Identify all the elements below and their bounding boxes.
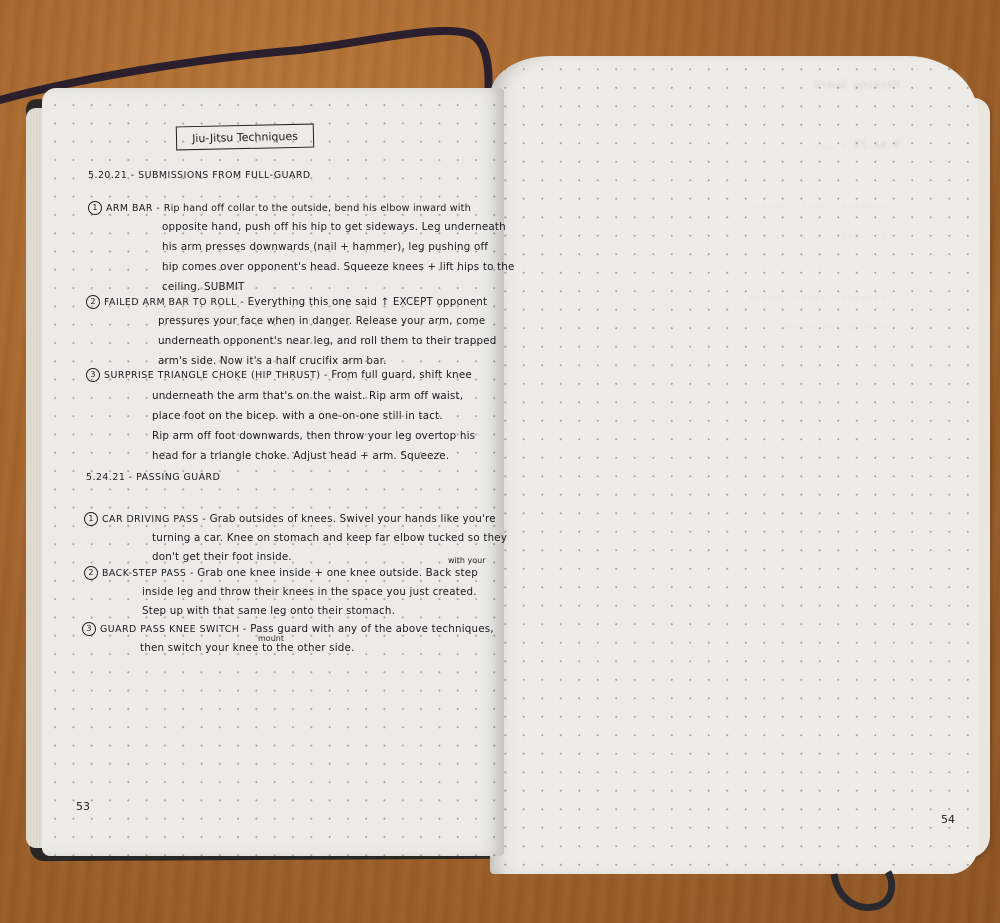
note-line: Grab one knee inside + one knee outside.… bbox=[197, 567, 478, 579]
note-line: turning a car. Knee on stomach and keep … bbox=[152, 532, 507, 544]
note-line: underneath opponent's near leg, and roll… bbox=[158, 335, 496, 347]
note-line: Grab outsides of knees. Swivel your hand… bbox=[210, 513, 496, 525]
technique-name: BACK-STEP PASS - bbox=[102, 568, 194, 579]
note-line: Pass guard with any of the above techniq… bbox=[250, 623, 494, 635]
bookmark-ribbon-loop bbox=[828, 870, 900, 914]
note-line: place foot on the bicep. with a one-on-o… bbox=[152, 410, 443, 422]
list-item: 1ARM BAR - Rip hand off collar to the ou… bbox=[88, 201, 471, 215]
technique-name: ARM BAR - bbox=[106, 203, 160, 214]
note-line: opposite hand, push off his hip to get s… bbox=[162, 221, 506, 233]
number-circle: 3 bbox=[82, 622, 96, 636]
note-line: hip comes over opponent's head. Squeeze … bbox=[162, 261, 515, 273]
section-heading: 5.24.21 - PASSING GUARD bbox=[86, 472, 220, 483]
note-line: inside leg and throw their knees in the … bbox=[142, 586, 477, 598]
note-line: Everything this one said ↑ EXCEPT oppone… bbox=[248, 296, 488, 308]
list-item: 2BACK-STEP PASS - Grab one knee inside +… bbox=[84, 566, 478, 580]
page-number-left: 53 bbox=[76, 800, 90, 813]
note-line: his arm presses downwards (nail + hammer… bbox=[162, 241, 488, 253]
note-line: Rip hand off collar to the outside, bend… bbox=[164, 203, 471, 214]
list-item: 1CAR DRIVING PASS - Grab outsides of kne… bbox=[84, 512, 496, 526]
list-item: 2FAILED ARM BAR TO ROLL - Everything thi… bbox=[86, 295, 487, 309]
number-circle: 1 bbox=[88, 201, 102, 215]
technique-name: GUARD PASS KNEE SWITCH - bbox=[100, 624, 247, 635]
technique-name: SURPRISE TRIANGLE CHOKE (HIP THRUST) - bbox=[104, 370, 328, 381]
note-line: From full guard, shift knee bbox=[331, 369, 472, 381]
insertion-note: with your bbox=[448, 556, 486, 565]
technique-name: FAILED ARM BAR TO ROLL - bbox=[104, 297, 244, 308]
note-line: Step up with that same leg onto their st… bbox=[142, 605, 395, 617]
number-circle: 2 bbox=[84, 566, 98, 580]
note-line: ceiling. SUBMIT bbox=[162, 281, 245, 293]
note-line: don't get their foot inside. bbox=[152, 551, 292, 563]
note-line: Rip arm off foot downwards, then throw y… bbox=[152, 430, 475, 442]
note-line: arm's side. Now it's a half crucifix arm… bbox=[158, 355, 387, 367]
technique-name: CAR DRIVING PASS - bbox=[102, 514, 206, 525]
number-circle: 2 bbox=[86, 295, 100, 309]
number-circle: 1 bbox=[84, 512, 98, 526]
note-line: pressures your face when in danger. Rele… bbox=[158, 315, 485, 327]
page-title: Jiu-Jitsu Techniques bbox=[176, 124, 314, 151]
bleed-through-text: Passing Guard 5.xx.21 - ... ....... ....… bbox=[560, 70, 900, 530]
page-number-right: 54 bbox=[941, 813, 955, 826]
list-item: 3SURPRISE TRIANGLE CHOKE (HIP THRUST) - … bbox=[86, 368, 472, 382]
number-circle: 3 bbox=[86, 368, 100, 382]
list-item: 3GUARD PASS KNEE SWITCH - Pass guard wit… bbox=[82, 622, 494, 636]
section-heading: 5.20.21 - SUBMISSIONS FROM FULL-GUARD bbox=[88, 170, 311, 181]
note-line: underneath the arm that's on the waist. … bbox=[152, 390, 463, 402]
note-line: then switch your knee to the other side. bbox=[140, 642, 355, 654]
note-line: head for a triangle choke. Adjust head +… bbox=[152, 450, 449, 462]
